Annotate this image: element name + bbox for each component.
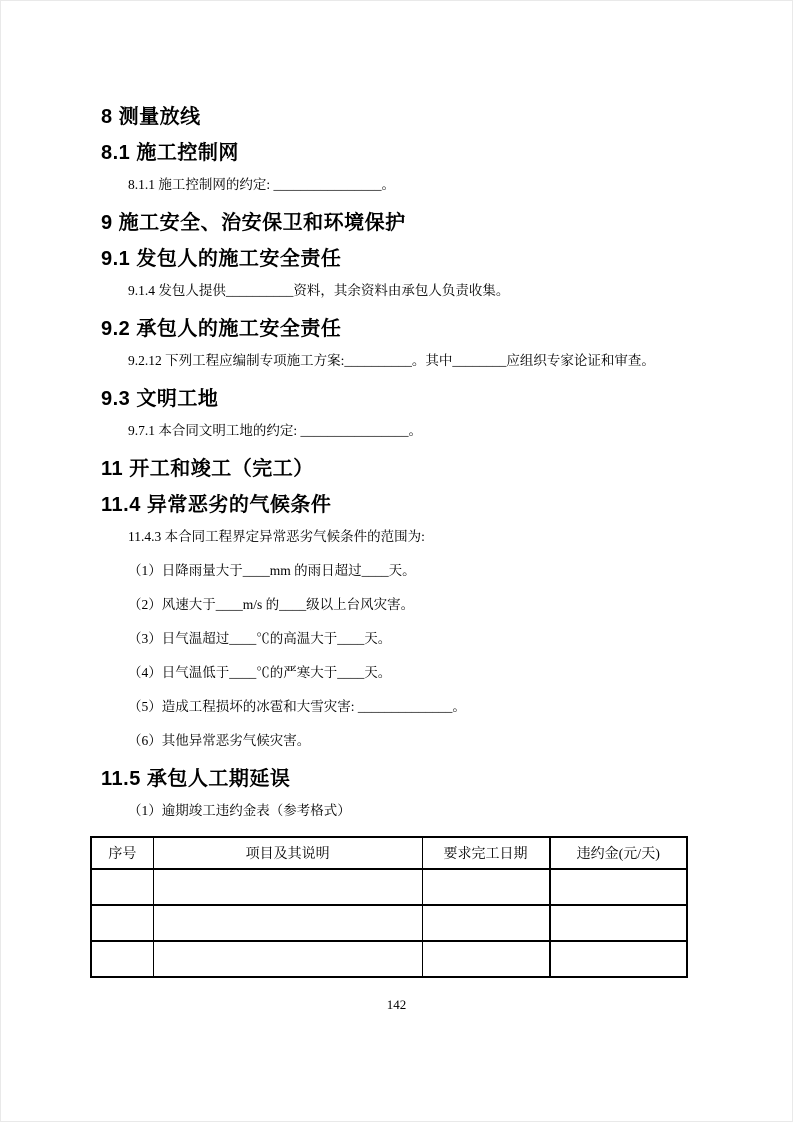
table-cell [422,941,549,977]
weather-item-1: （1）日降雨量大于____mm 的雨日超过____天。 [101,562,693,580]
penalty-table-caption: （1）逾期竣工违约金表（参考格式） [101,802,693,820]
table-header-penalty: 违约金(元/天) [550,837,687,869]
section-heading-8: 8 测量放线 [101,104,693,130]
section-heading-11: 11 开工和竣工（完工） [101,456,693,482]
penalty-table: 序号 项目及其说明 要求完工日期 违约金(元/天) [90,836,688,978]
table-cell [550,869,687,905]
table-cell [550,905,687,941]
table-header-index: 序号 [91,837,153,869]
subsection-heading-9-2: 9.2 承包人的施工安全责任 [101,316,693,342]
clause-9-7-1: 9.7.1 本合同文明工地的约定: ________________。 [101,422,693,440]
weather-item-2: （2）风速大于____m/s 的____级以上台风灾害。 [101,596,693,614]
clause-9-1-4: 9.1.4 发包人提供__________资料，其余资料由承包人负责收集。 [101,282,693,300]
subsection-heading-8-1: 8.1 施工控制网 [101,140,693,166]
table-cell [91,941,153,977]
table-header-deadline: 要求完工日期 [422,837,549,869]
penalty-table-wrapper: 序号 项目及其说明 要求完工日期 违约金(元/天) [90,836,693,978]
table-cell [91,869,153,905]
table-row [91,941,687,977]
clause-11-4-3: 11.4.3 本合同工程界定异常恶劣气候条件的范围为: [101,528,693,546]
table-cell [422,869,549,905]
table-cell [153,905,422,941]
table-cell [153,941,422,977]
clause-8-1-1: 8.1.1 施工控制网的约定: ________________。 [101,176,693,194]
subsection-heading-9-1: 9.1 发包人的施工安全责任 [101,246,693,272]
subsection-heading-9-3: 9.3 文明工地 [101,386,693,412]
table-header-item: 项目及其说明 [153,837,422,869]
weather-item-5: （5）造成工程损坏的冰雹和大雪灾害: ______________。 [101,698,693,716]
table-row [91,905,687,941]
page-number: 142 [0,997,793,1013]
table-cell [91,905,153,941]
clause-9-2-12: 9.2.12 下列工程应编制专项施工方案:__________。其中______… [101,352,693,370]
table-cell [153,869,422,905]
subsection-heading-11-5: 11.5 承包人工期延误 [101,766,693,792]
document-page: 8 测量放线 8.1 施工控制网 8.1.1 施工控制网的约定: _______… [0,0,793,1122]
table-cell [550,941,687,977]
subsection-heading-11-4: 11.4 异常恶劣的气候条件 [101,492,693,518]
section-heading-9: 9 施工安全、治安保卫和环境保护 [101,210,693,236]
weather-item-3: （3）日气温超过____℃的高温大于____天。 [101,630,693,648]
table-header-row: 序号 项目及其说明 要求完工日期 违约金(元/天) [91,837,687,869]
weather-item-6: （6）其他异常恶劣气候灾害。 [101,732,693,750]
table-row [91,869,687,905]
weather-item-4: （4）日气温低于____℃的严寒大于____天。 [101,664,693,682]
table-cell [422,905,549,941]
